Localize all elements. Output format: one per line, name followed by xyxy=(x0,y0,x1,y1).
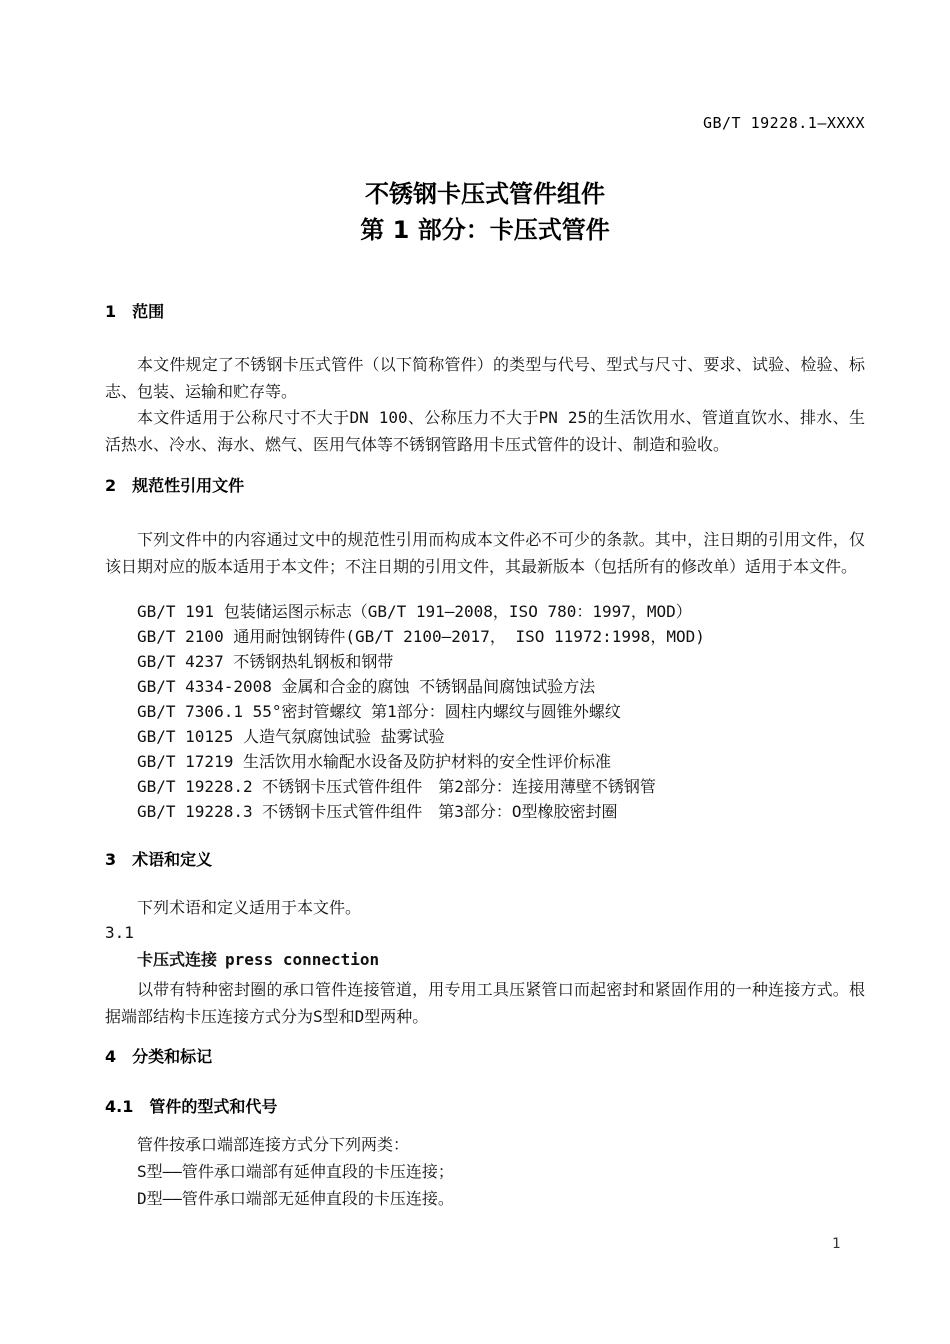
fitting-type-d-line: D型——管件承口端部无延伸直段的卡压连接。 xyxy=(105,1185,865,1212)
document-title-line1: 不锈钢卡压式管件组件 xyxy=(105,176,865,212)
reference-item: GB/T 19228.3 不锈钢卡压式管件组件 第3部分：O型橡胶密封圈 xyxy=(105,799,865,824)
document-title: 不锈钢卡压式管件组件 第 1 部分：卡压式管件 xyxy=(105,176,865,248)
reference-item: GB/T 7306.1 55°密封管螺纹 第1部分：圆柱内螺纹与圆锥外螺纹 xyxy=(105,699,865,724)
page-number: 1 xyxy=(832,1236,840,1252)
reference-item: GB/T 4334-2008 金属和合金的腐蚀 不锈钢晶间腐蚀试验方法 xyxy=(105,674,865,699)
normative-references-list: GB/T 191 包装储运图示标志（GB/T 191—2008，ISO 780：… xyxy=(105,599,865,824)
reference-item: GB/T 191 包装储运图示标志（GB/T 191—2008，ISO 780：… xyxy=(105,599,865,624)
normative-references-intro: 下列文件中的内容通过文中的规范性引用而构成本文件必不可少的条款。其中，注日期的引… xyxy=(105,526,865,580)
fitting-type-list: 管件按承口端部连接方式分下列两类： S型——管件承口端部有延伸直段的卡压连接； … xyxy=(105,1131,865,1212)
standard-number-header: GB/T 19228.1—XXXX xyxy=(703,114,865,132)
document-page: GB/T 19228.1—XXXX 不锈钢卡压式管件组件 第 1 部分：卡压式管… xyxy=(0,0,950,1344)
section-4-1-heading: 4.1 管件的型式和代号 xyxy=(105,1098,865,1116)
term-item-number: 3.1 xyxy=(105,924,865,942)
reference-item: GB/T 4237 不锈钢热轧钢板和钢带 xyxy=(105,649,865,674)
fitting-type-s-line: S型——管件承口端部有延伸直段的卡压连接； xyxy=(105,1158,865,1185)
section-2-heading: 2 规范性引用文件 xyxy=(105,477,865,495)
section-4-heading: 4 分类和标记 xyxy=(105,1048,865,1066)
term-name-english: press connection xyxy=(225,950,379,969)
fitting-type-intro-line: 管件按承口端部连接方式分下列两类： xyxy=(105,1131,865,1158)
scope-paragraph-2: 本文件适用于公称尺寸不大于DN 100、公称压力不大于PN 25的生活饮用水、管… xyxy=(105,404,865,458)
reference-item: GB/T 19228.2 不锈钢卡压式管件组件 第2部分：连接用薄壁不锈钢管 xyxy=(105,774,865,799)
section-1-heading: 1 范围 xyxy=(105,303,865,321)
reference-item: GB/T 17219 生活饮用水输配水设备及防护材料的安全性评价标准 xyxy=(105,749,865,774)
terms-intro: 下列术语和定义适用于本文件。 xyxy=(105,894,865,921)
reference-item: GB/T 2100 通用耐蚀钢铸件(GB/T 2100—2017， ISO 11… xyxy=(105,624,865,649)
section-3-heading: 3 术语和定义 xyxy=(105,851,865,869)
term-definition: 以带有特种密封圈的承口管件连接管道，用专用工具压紧管口而起密封和紧固作用的一种连… xyxy=(105,976,865,1030)
reference-item: GB/T 10125 人造气氛腐蚀试验 盐雾试验 xyxy=(105,724,865,749)
document-title-line2: 第 1 部分：卡压式管件 xyxy=(105,212,865,248)
scope-paragraph-1: 本文件规定了不锈钢卡压式管件（以下简称管件）的类型与代号、型式与尺寸、要求、试验… xyxy=(105,351,865,405)
term-name-chinese: 卡压式连接 xyxy=(137,950,217,969)
term-entry: 卡压式连接press connection xyxy=(105,950,897,970)
